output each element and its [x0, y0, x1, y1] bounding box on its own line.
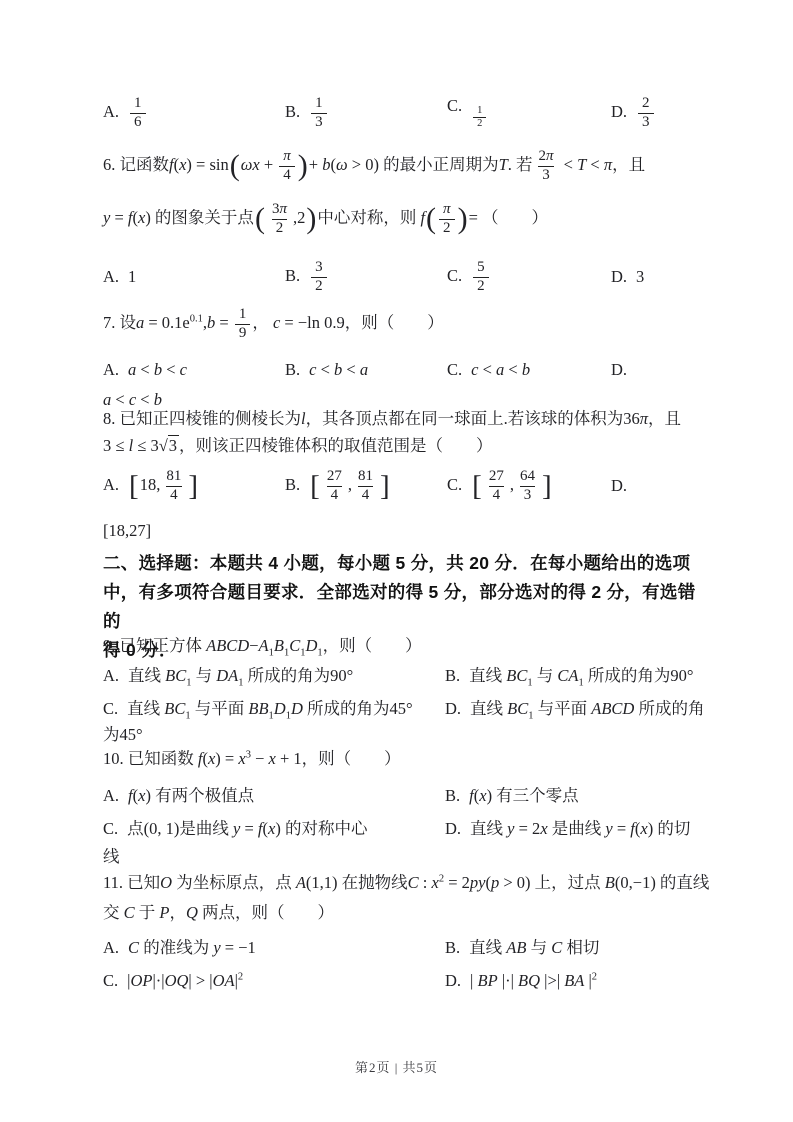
q7-option-a: A.a < b < c	[103, 360, 285, 380]
option-value: a < b < c	[128, 360, 187, 379]
big-bracket: ]	[542, 470, 552, 502]
option-value: 16	[128, 102, 148, 121]
fraction: 2π3	[535, 148, 558, 184]
option-label: C.	[103, 699, 118, 718]
question10-options-row-cd: C.点(0, 1)是曲线 y = f(x) 的对称中心 D.直线 y = 2x …	[103, 815, 707, 839]
q9-option-c: C.直线 BC1 与平面 BB1D1D 所成的角为45°	[103, 695, 445, 719]
question11-stem-line2: 交 C 于 P，Q 两点，则（ ）	[103, 901, 707, 925]
question6-stem-line1: 6. 记函数f(x) = sin(ωx + π4)+ b(ω > 0) 的最小正…	[103, 148, 707, 184]
q9-option-b: B.直线 BC1 与 CA1 所成的角为90°	[445, 662, 707, 686]
q6-option-a: A.1	[103, 267, 285, 287]
q11-option-c: C.|OP|·|OQ| > |OA|2	[103, 971, 445, 991]
option-label: D.	[611, 360, 627, 379]
option-label: A.	[103, 360, 119, 379]
option-label: C.	[447, 360, 462, 379]
option-label: D.	[445, 971, 461, 990]
big-paren: )	[458, 202, 468, 235]
option-value: 直线 BC1 与平面 BB1D1D 所成的角为45°	[127, 699, 412, 718]
q7-option-b: B.c < b < a	[285, 360, 447, 380]
big-bracket: [	[472, 470, 482, 502]
q7-option-d: D.	[611, 360, 707, 380]
q8-option-a: A.[18,814]	[103, 468, 285, 504]
big-paren: )	[298, 149, 308, 182]
q6-option-b: B.32	[285, 259, 447, 295]
fraction: 814	[354, 468, 377, 504]
question11-options-row-ab: A.C 的准线为 y = −1 B.直线 AB 与 C 相切	[103, 934, 707, 958]
option-value: 52	[471, 266, 491, 285]
option-value: f(x) 有两个极值点	[128, 786, 254, 805]
fraction: 19	[235, 306, 251, 342]
q5-option-b: B.13	[285, 95, 447, 131]
fraction: 643	[516, 468, 539, 504]
option-value: 12	[471, 96, 488, 115]
q8-option-b: B.[274,814]	[285, 468, 447, 504]
question8-option-d-continuation: [18,27]	[103, 519, 707, 543]
big-bracket: ]	[380, 470, 390, 502]
question10-stem: 10. 已知函数 f(x) = x3 − x + 1，则（ ）	[103, 747, 707, 771]
fraction: 52	[473, 259, 489, 295]
big-bracket: [	[310, 470, 320, 502]
question7-stem: 7. 设a = 0.1e0.1,b = 19， c = −ln 0.9，则（ ）	[103, 306, 707, 342]
option-label: B.	[285, 266, 300, 285]
option-label: C.	[447, 475, 462, 494]
q10-option-b: B.f(x) 有三个零点	[445, 782, 707, 806]
option-label: B.	[445, 938, 460, 957]
fraction: 814	[162, 468, 185, 504]
big-paren: (	[230, 149, 240, 182]
big-paren: (	[255, 202, 265, 235]
q8-option-c: C.[274,643]	[447, 468, 611, 504]
question9-options-row-cd: C.直线 BC1 与平面 BB1D1D 所成的角为45° D.直线 BC1 与平…	[103, 695, 707, 719]
question10-option-d-continuation: 线	[103, 845, 707, 869]
fraction: π2	[439, 201, 455, 237]
option-label: A.	[103, 938, 119, 957]
q11-option-d: D.| BP |·| BQ |>| BA |2	[445, 971, 707, 991]
big-bracket: ]	[188, 470, 198, 502]
q10-option-a: A.f(x) 有两个极值点	[103, 782, 445, 806]
fraction: 3π2	[268, 201, 291, 237]
big-paren: )	[306, 202, 316, 235]
option-label: B.	[445, 786, 460, 805]
question9-stem: 9. 已知正方体 ABCD−A1B1C1D1，则（ ）	[103, 634, 707, 658]
q10-option-c: C.点(0, 1)是曲线 y = f(x) 的对称中心	[103, 815, 445, 839]
option-label: D.	[611, 476, 627, 495]
option-value: [274,814]	[309, 475, 390, 494]
q5-option-c: C.12	[447, 96, 611, 131]
fraction: 16	[130, 95, 146, 131]
option-label: B.	[445, 666, 460, 685]
option-label: A.	[103, 267, 119, 286]
fraction: 32	[311, 259, 327, 295]
big-paren: (	[426, 202, 436, 235]
option-label: A.	[103, 475, 119, 494]
option-label: C.	[103, 819, 118, 838]
question6-stem-line2: y = f(x) 的图象关于点(3π2,2)中心对称，则 f(π2)= （ ）	[103, 201, 707, 237]
q9-option-d: D.直线 BC1 与平面 ABCD 所成的角	[445, 695, 707, 719]
option-label: A.	[103, 102, 119, 121]
option-value: 23	[636, 102, 656, 121]
option-label: A.	[103, 666, 119, 685]
q8-option-d: D.	[611, 476, 707, 496]
option-value: c < b < a	[309, 360, 368, 379]
square-root: √3	[159, 435, 179, 455]
section2-heading-line1: 二、选择题：本题共 4 小题，每小题 5 分，共 20 分．在每小题给出的选项	[103, 549, 707, 578]
option-value: 点(0, 1)是曲线 y = f(x) 的对称中心	[127, 819, 367, 838]
page-footer: 第2页 | 共5页	[0, 1057, 793, 1076]
q6-option-c: C.52	[447, 259, 611, 295]
q11-option-a: A.C 的准线为 y = −1	[103, 934, 445, 958]
option-label: D.	[611, 102, 627, 121]
fraction: 12	[473, 105, 486, 131]
question8-stem-line2: 3 ≤ l ≤ 3√3，则该正四棱锥体积的取值范围是（ ）	[103, 434, 707, 458]
question9-option-d-continuation: 为45°	[103, 723, 707, 747]
question7-options-row: A.a < b < c B.c < b < a C.c < a < b D.	[103, 360, 707, 380]
option-label: B.	[285, 475, 300, 494]
option-value: |OP|·|OQ| > |OA|2	[127, 971, 243, 990]
question5-options-row: A.16 B.13 C.12 D.23	[103, 95, 707, 131]
q7-option-c: C.c < a < b	[447, 360, 611, 380]
q5-option-a: A.16	[103, 95, 285, 131]
option-value: 直线 BC1 与 DA1 所成的角为90°	[128, 666, 353, 685]
q11-option-b: B.直线 AB 与 C 相切	[445, 934, 707, 958]
option-value: 直线 y = 2x 是曲线 y = f(x) 的切	[470, 819, 690, 838]
q6-option-d: D.3	[611, 267, 707, 287]
fraction: 13	[311, 95, 327, 131]
option-label: D.	[445, 699, 461, 718]
question9-options-row-ab: A.直线 BC1 与 DA1 所成的角为90° B.直线 BC1 与 CA1 所…	[103, 662, 707, 686]
fraction: 274	[485, 468, 508, 504]
question6-options-row: A.1 B.32 C.52 D.3	[103, 259, 707, 295]
option-value: 直线 BC1 与 CA1 所成的角为90°	[469, 666, 693, 685]
option-value: C 的准线为 y = −1	[128, 938, 256, 957]
option-label: D.	[611, 267, 627, 286]
exam-document-page: A.16 B.13 C.12 D.23 6. 记函数f(x) = sin(ωx …	[0, 0, 793, 1122]
option-value: 13	[309, 102, 329, 121]
fraction: 274	[323, 468, 346, 504]
option-value: [274,643]	[471, 475, 552, 494]
option-value: 直线 AB 与 C 相切	[469, 938, 599, 957]
option-value: | BP |·| BQ |>| BA |2	[470, 971, 597, 990]
question8-stem-line1: 8. 已知正四棱锥的侧棱长为l，其各顶点都在同一球面上.若该球的体积为36π，且	[103, 407, 707, 431]
option-value: 32	[309, 266, 329, 285]
big-bracket: [	[129, 470, 139, 502]
option-label: C.	[447, 96, 462, 115]
fraction: 23	[638, 95, 654, 131]
option-value: 直线 BC1 与平面 ABCD 所成的角	[470, 699, 704, 718]
page-number: 第2页 | 共5页	[355, 1060, 438, 1075]
question11-stem-line1: 11. 已知O 为坐标原点，点 A(1,1) 在抛物线C : x2 = 2py(…	[103, 871, 707, 895]
section2-heading-line2: 中，有多项符合题目要求．全部选对的得 5 分，部分选对的得 2 分，有选错的	[103, 578, 707, 636]
option-label: B.	[285, 102, 300, 121]
q5-option-d: D.23	[611, 95, 707, 131]
question10-options-row-ab: A.f(x) 有两个极值点 B.f(x) 有三个零点	[103, 782, 707, 806]
option-value: c < a < b	[471, 360, 530, 379]
question8-options-row: A.[18,814] B.[274,814] C.[274,643] D.	[103, 468, 707, 504]
option-value: [18,814]	[128, 475, 199, 494]
option-label: A.	[103, 786, 119, 805]
option-label: B.	[285, 360, 300, 379]
fraction: π4	[279, 148, 295, 184]
question11-options-row-cd: C.|OP|·|OQ| > |OA|2 D.| BP |·| BQ |>| BA…	[103, 971, 707, 991]
option-label: C.	[447, 266, 462, 285]
q10-option-d: D.直线 y = 2x 是曲线 y = f(x) 的切	[445, 815, 707, 839]
option-label: C.	[103, 971, 118, 990]
option-value: 3	[636, 267, 644, 286]
option-value: f(x) 有三个零点	[469, 786, 579, 805]
q9-option-a: A.直线 BC1 与 DA1 所成的角为90°	[103, 662, 445, 686]
option-value: 1	[128, 267, 136, 286]
option-label: D.	[445, 819, 461, 838]
